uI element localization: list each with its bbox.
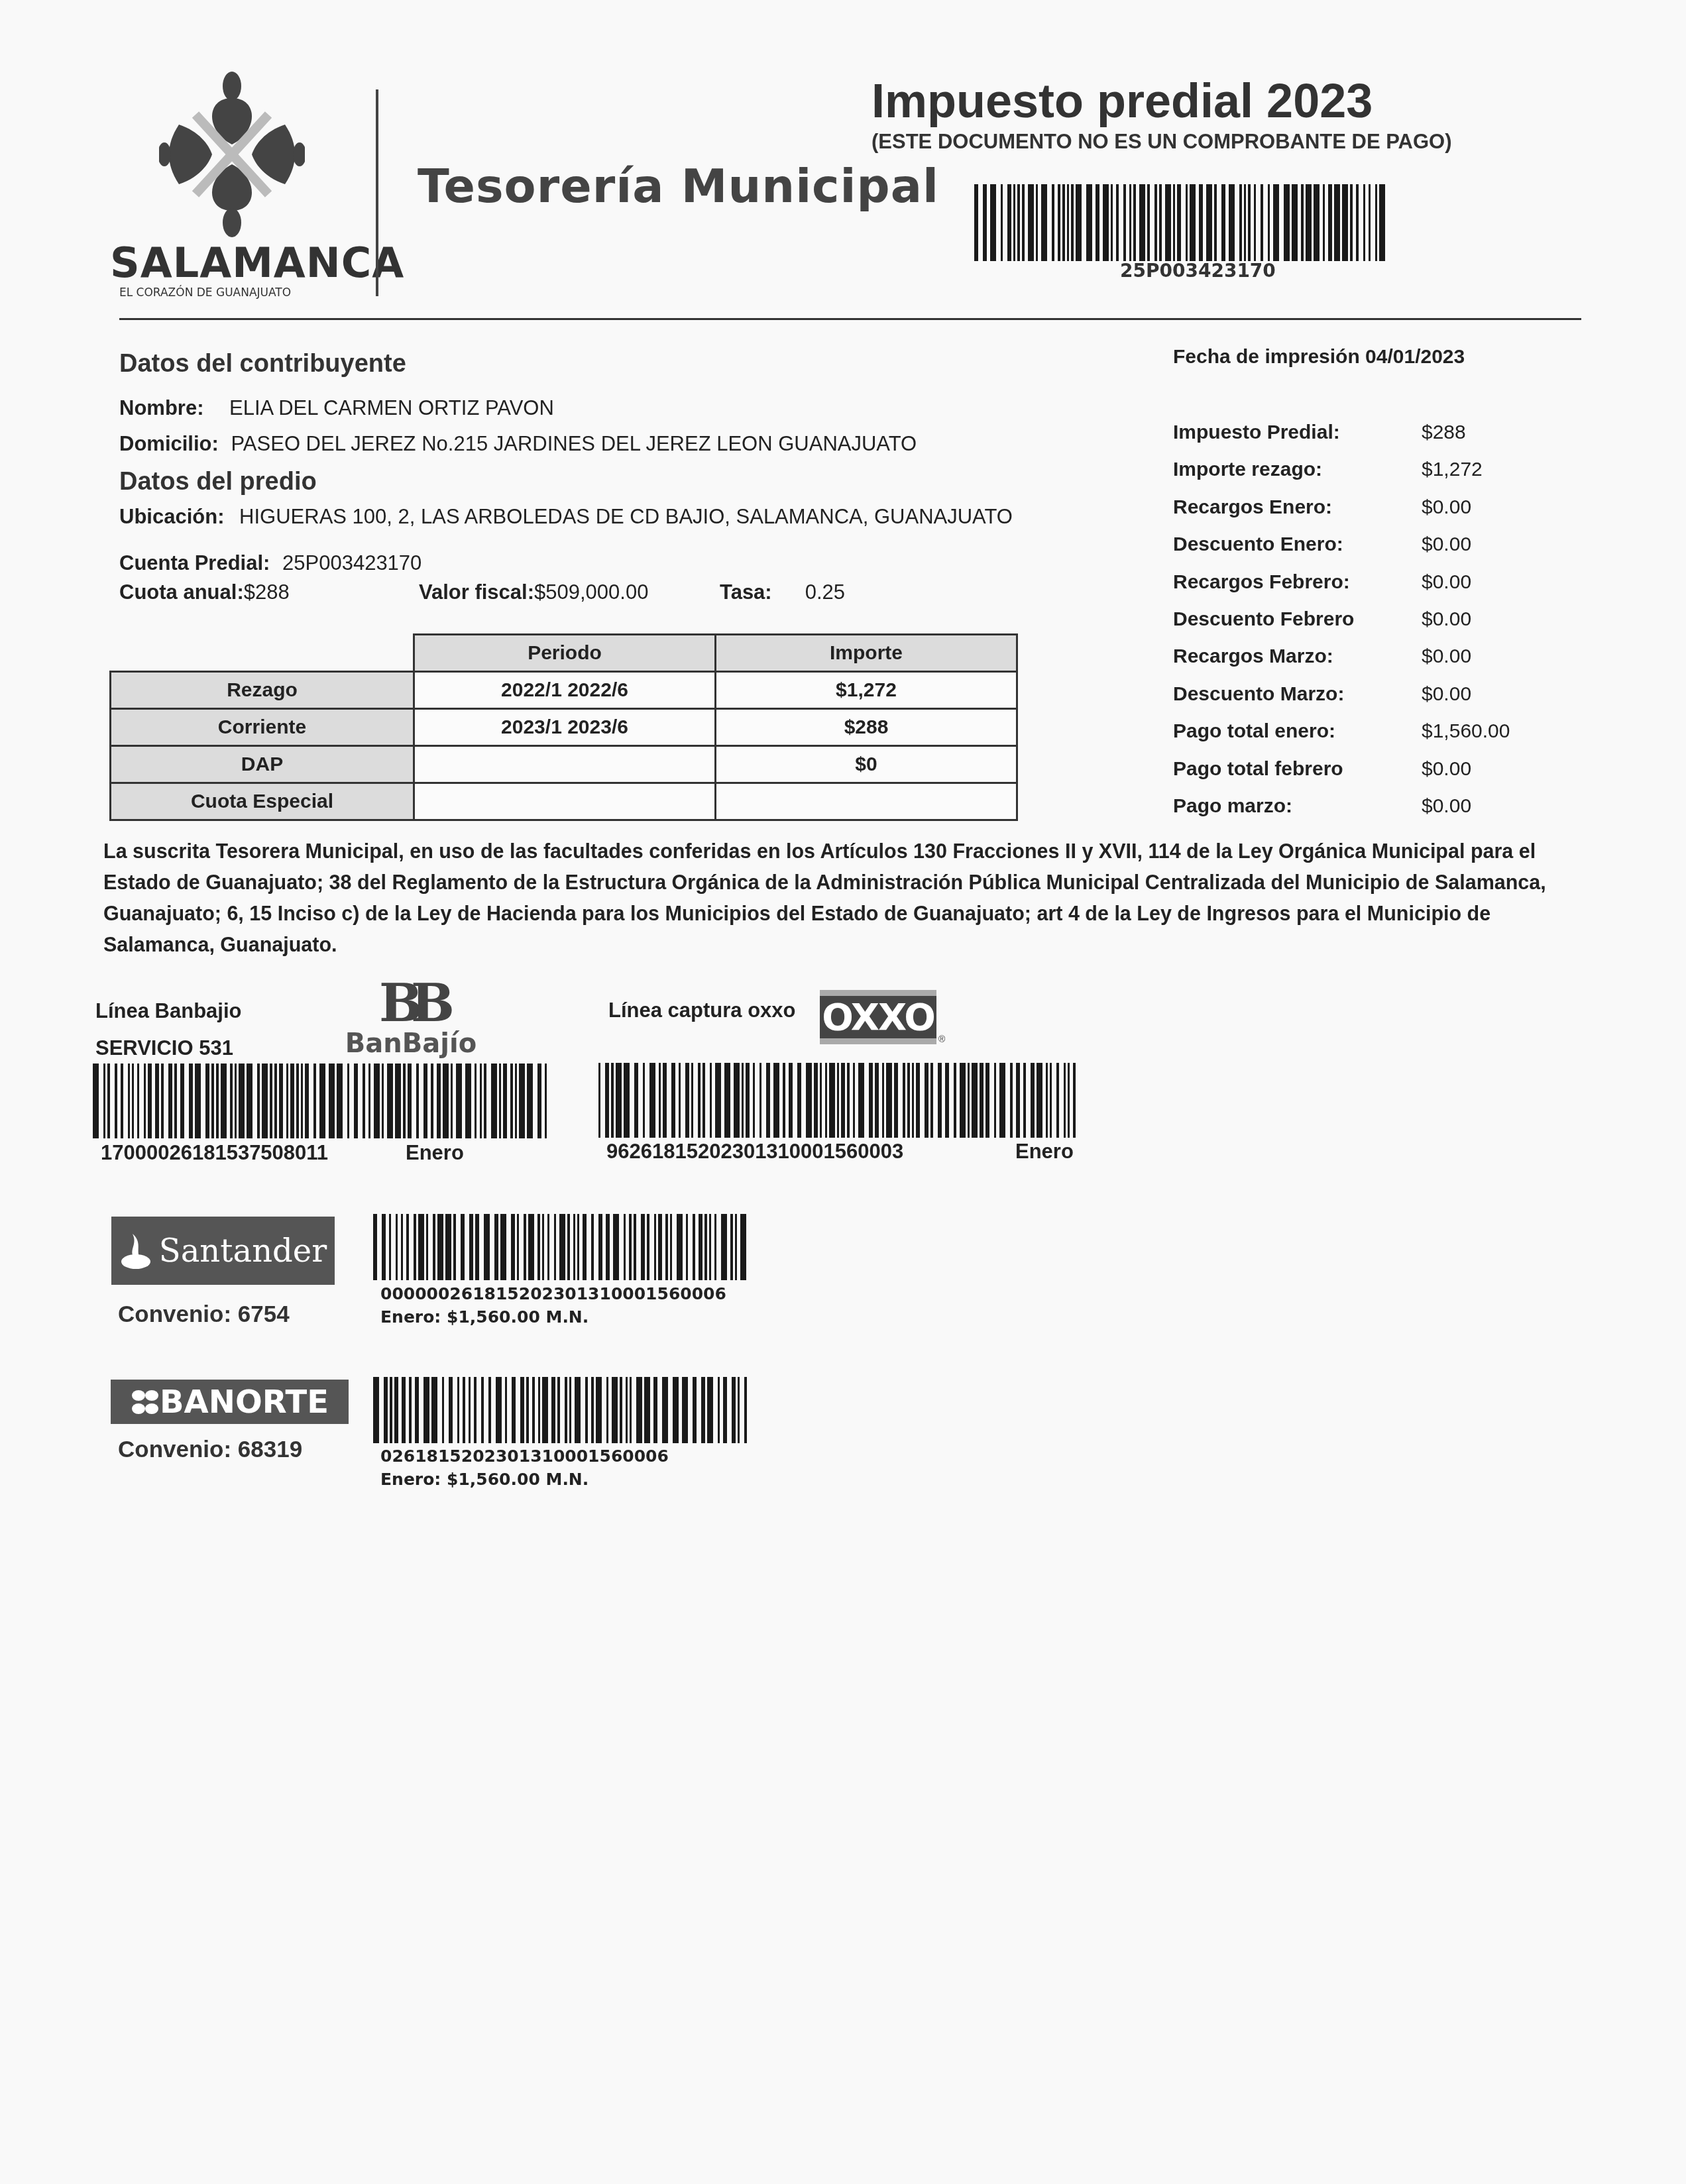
valor-label: Valor fiscal: (419, 580, 534, 604)
oxxo-month: Enero (1015, 1140, 1074, 1164)
department-name: Tesorería Municipal (418, 159, 939, 213)
summary-value: $0.00 (1422, 533, 1471, 571)
row-label: DAP (111, 746, 414, 783)
tasa-value: 0.25 (805, 580, 845, 604)
summary-label: Descuento Enero: (1173, 533, 1422, 571)
table-corner (111, 635, 414, 672)
table-row: Corriente 2023/1 2023/6 $288 (111, 709, 1017, 746)
cuenta-value: 25P003423170 (282, 551, 421, 574)
legal-text: La suscrita Tesorera Municipal, en uso d… (103, 836, 1588, 961)
summary-label: Recargos Marzo: (1173, 645, 1422, 682)
oxxo-wordmark: OXXO (822, 996, 934, 1039)
summary-value: $0.00 (1422, 683, 1471, 720)
summary-row: Pago total enero:$1,560.00 (1173, 720, 1510, 757)
summary-label: Recargos Enero: (1173, 496, 1422, 533)
valor-value: $509,000.00 (534, 580, 648, 604)
account-barcode (974, 184, 1389, 261)
cuota-value: $288 (244, 580, 290, 604)
banbajio-line-label: Línea Banbajio (95, 999, 241, 1023)
summary-value: $0.00 (1422, 758, 1471, 795)
santander-convenio: Convenio: 6754 (118, 1301, 290, 1328)
banorte-reference: 0261815202301310001560006 (380, 1447, 669, 1466)
cuenta-label: Cuenta Predial: (119, 551, 270, 574)
importe-cell: $288 (716, 709, 1017, 746)
summary-row: Recargos Marzo:$0.00 (1173, 645, 1510, 682)
nombre-value: ELIA DEL CARMEN ORTIZ PAVON (229, 396, 554, 419)
banorte-wordmark: BANORTE (160, 1384, 329, 1421)
periodo-cell (414, 783, 716, 820)
row-label: Cuota Especial (111, 783, 414, 820)
importe-cell: $1,272 (716, 672, 1017, 709)
banbajio-wordmark: BanBajío (345, 1028, 477, 1059)
banbajio-service: SERVICIO 531 (95, 1036, 233, 1060)
ubicacion-label: Ubicación: (119, 505, 224, 528)
summary-label: Descuento Febrero (1173, 608, 1422, 645)
ubicacion-value: HIGUERAS 100, 2, LAS ARBOLEDAS DE CD BAJ… (239, 505, 1013, 528)
summary-value: $0.00 (1422, 571, 1471, 608)
domicilio-value: PASEO DEL JEREZ No.215 JARDINES DEL JERE… (231, 432, 917, 455)
santander-logo-icon: Santander (111, 1217, 335, 1285)
summary-row: Descuento Febrero$0.00 (1173, 608, 1510, 645)
section-title-predio: Datos del predio (119, 468, 317, 496)
periodo-cell: 2023/1 2023/6 (414, 709, 716, 746)
valor-row: Valor fiscal:$509,000.00 (419, 580, 648, 604)
periodos-table: Periodo Importe Rezago 2022/1 2022/6 $1,… (109, 633, 1018, 821)
cuenta-row: Cuenta Predial: 25P003423170 (119, 551, 421, 575)
table-header-row: Periodo Importe (111, 635, 1017, 672)
municipality-name: SALAMANCA (110, 239, 404, 287)
nombre-label: Nombre: (119, 396, 203, 419)
summary-label: Importe rezago: (1173, 459, 1422, 496)
summary-row: Recargos Febrero:$0.00 (1173, 571, 1510, 608)
summary-row: Pago total febrero$0.00 (1173, 758, 1510, 795)
banbajio-reference: 17000026181537508011 (101, 1141, 328, 1165)
banorte-amount: Enero: $1,560.00 M.N. (380, 1470, 589, 1489)
importe-cell: $0 (716, 746, 1017, 783)
periodo-cell (414, 746, 716, 783)
row-label: Rezago (111, 672, 414, 709)
cuota-label: Cuota anual: (119, 580, 244, 604)
registered-mark-icon: ® (938, 1034, 945, 1044)
summary-label: Pago total febrero (1173, 758, 1422, 795)
santander-flame-icon (119, 1231, 152, 1271)
print-date: Fecha de impresión 04/01/2023 (1173, 346, 1465, 368)
summary-value: $0.00 (1422, 496, 1471, 533)
row-label: Corriente (111, 709, 414, 746)
banorte-barcode (373, 1377, 750, 1443)
banorte-convenio: Convenio: 68319 (118, 1437, 302, 1463)
document-subtitle: (ESTE DOCUMENTO NO ES UN COMPROBANTE DE … (871, 130, 1452, 154)
periodo-cell: 2022/1 2022/6 (414, 672, 716, 709)
ubicacion-row: Ubicación: HIGUERAS 100, 2, LAS ARBOLEDA… (119, 505, 1013, 529)
table-row: Cuota Especial (111, 783, 1017, 820)
payment-summary: Impuesto Predial:$288 Importe rezago:$1,… (1173, 421, 1510, 832)
cuota-row: Cuota anual:$288 (119, 580, 290, 604)
summary-row: Impuesto Predial:$288 (1173, 421, 1510, 459)
nombre-row: Nombre: ELIA DEL CARMEN ORTIZ PAVON (119, 396, 554, 420)
summary-value: $1,272 (1422, 459, 1483, 496)
summary-label: Recargos Febrero: (1173, 571, 1422, 608)
santander-amount: Enero: $1,560.00 M.N. (380, 1307, 589, 1327)
tasa-row: Tasa:0.25 (720, 580, 845, 604)
oxxo-logo-icon: OXXO (820, 990, 936, 1044)
summary-label: Pago marzo: (1173, 795, 1422, 832)
domicilio-label: Domicilio: (119, 432, 219, 455)
oxxo-line-label: Línea captura oxxo (608, 999, 796, 1022)
santander-wordmark: Santander (159, 1232, 327, 1270)
summary-row: Importe rezago:$1,272 (1173, 459, 1510, 496)
table-row: DAP $0 (111, 746, 1017, 783)
oxxo-barcode (598, 1063, 1080, 1138)
summary-value: $0.00 (1422, 795, 1471, 832)
document-title: Impuesto predial 2023 (871, 74, 1373, 129)
summary-label: Impuesto Predial: (1173, 421, 1422, 459)
municipality-tagline: EL CORAZÓN DE GUANAJUATO (119, 286, 291, 300)
oxxo-reference: 96261815202301310001560003 (606, 1140, 903, 1164)
account-barcode-number: 25P003423170 (1120, 260, 1276, 282)
santander-barcode (373, 1214, 750, 1280)
tasa-label: Tasa: (720, 580, 772, 604)
summary-label: Descuento Marzo: (1173, 683, 1422, 720)
column-header-importe: Importe (716, 635, 1017, 672)
banbajio-logo-icon: BB BanBajío (345, 981, 477, 1054)
table-row: Rezago 2022/1 2022/6 $1,272 (111, 672, 1017, 709)
salamanca-logo-icon (159, 72, 305, 237)
banbajio-mark: BB (345, 981, 477, 1027)
domicilio-row: Domicilio: PASEO DEL JEREZ No.215 JARDIN… (119, 432, 917, 456)
summary-row: Recargos Enero:$0.00 (1173, 496, 1510, 533)
section-title-contribuyente: Datos del contribuyente (119, 350, 406, 378)
banbajio-month: Enero (406, 1141, 464, 1165)
banbajio-barcode (93, 1064, 547, 1138)
banorte-logo-icon: BANORTE (111, 1380, 349, 1424)
summary-row: Pago marzo:$0.00 (1173, 795, 1510, 832)
header-divider (376, 89, 378, 296)
santander-reference: 000000261815202301310001560006 (380, 1284, 726, 1303)
summary-value: $0.00 (1422, 645, 1471, 682)
importe-cell (716, 783, 1017, 820)
banorte-mark-icon (131, 1388, 160, 1417)
header-rule (119, 318, 1581, 320)
column-header-periodo: Periodo (414, 635, 716, 672)
summary-value: $1,560.00 (1422, 720, 1510, 757)
summary-row: Descuento Enero:$0.00 (1173, 533, 1510, 571)
summary-row: Descuento Marzo:$0.00 (1173, 683, 1510, 720)
summary-value: $0.00 (1422, 608, 1471, 645)
summary-label: Pago total enero: (1173, 720, 1422, 757)
summary-value: $288 (1422, 421, 1466, 459)
